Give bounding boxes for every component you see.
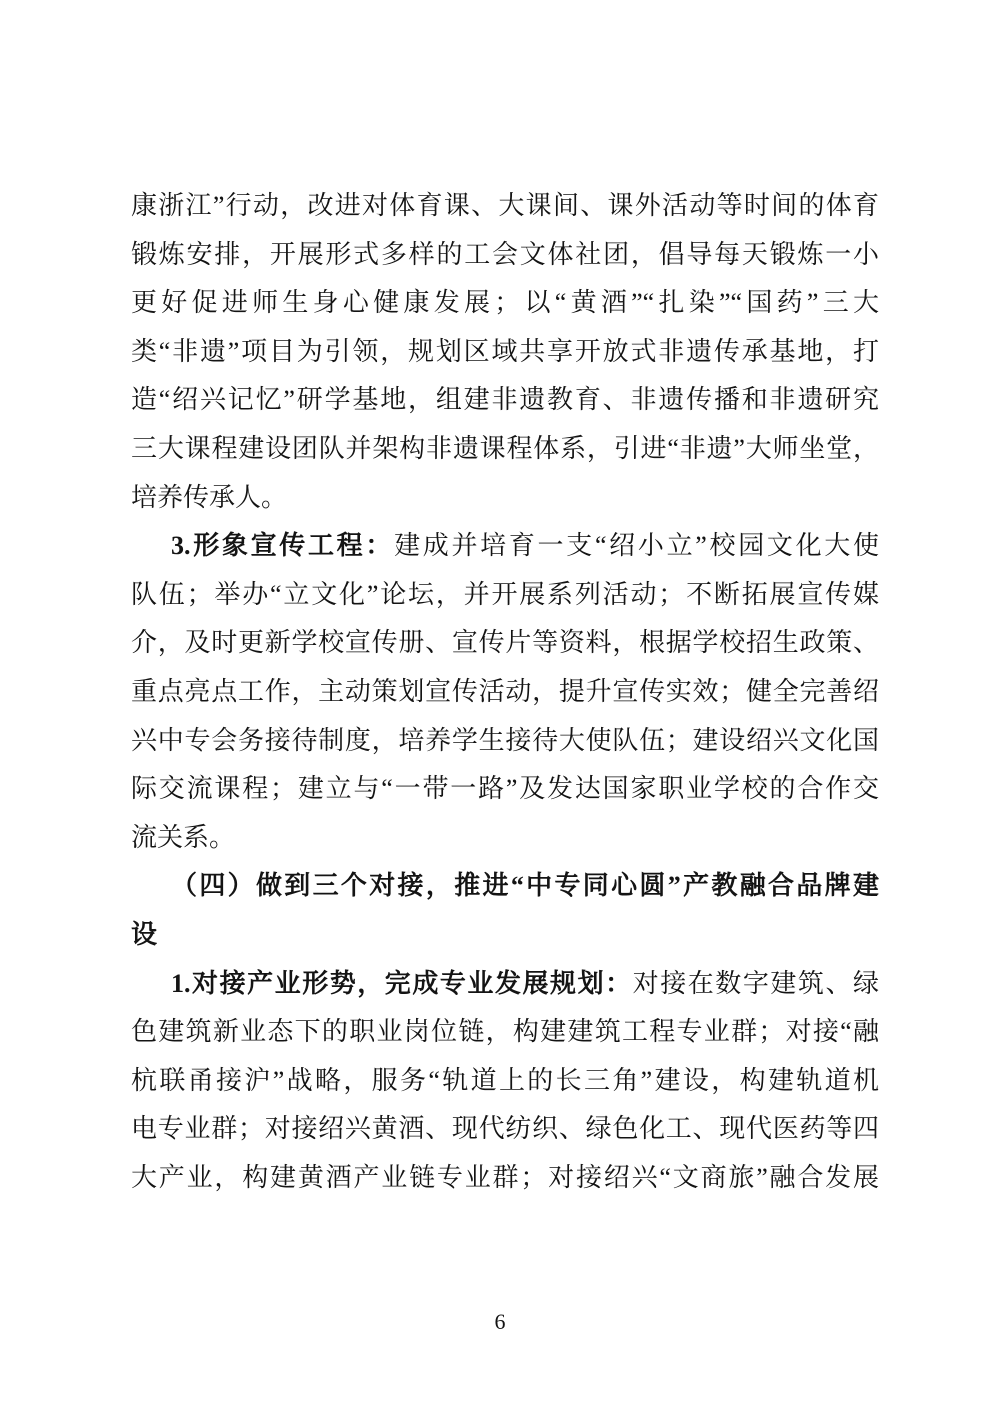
text-line: 更好促进师生身心健康发展；以“黄酒”“扎染”“国药”三大 [131,279,879,328]
body-text: 流关系。 [131,823,235,852]
body-text: 兴中专会务接待制度，培养学生接待大使队伍；建设绍兴文化国 [131,726,879,755]
text-line: 流关系。 [131,814,879,863]
text-line: 设 [131,911,879,960]
text-line: 队伍；举办“立文化”论坛，并开展系列活动；不断拓展宣传媒 [131,571,879,620]
body-text: 色建筑新业态下的职业岗位链，构建建筑工程专业群；对接“融 [131,1017,879,1046]
body-text: 三大课程建设团队并架构非遗课程体系，引进“非遗”大师坐堂， [131,434,879,463]
text-line: 介，及时更新学校宣传册、宣传片等资料，根据学校招生政策、 [131,619,879,668]
text-line: 三大课程建设团队并架构非遗课程体系，引进“非遗”大师坐堂， [131,425,879,474]
document-page: 康浙江”行动，改进对体育课、大课间、课外活动等时间的体育锻炼安排，开展形式多样的… [0,0,1000,1415]
heading-text: 1.对接产业形势，完成专业发展规划： [171,969,633,998]
body-text: 大产业，构建黄酒产业链专业群；对接绍兴“文商旅”融合发展 [131,1163,879,1192]
text-line: 大产业，构建黄酒产业链专业群；对接绍兴“文商旅”融合发展 [131,1154,879,1203]
body-text: 重点亮点工作，主动策划宣传活动，提升宣传实效；健全完善绍 [131,677,879,706]
document-body: 康浙江”行动，改进对体育课、大课间、课外活动等时间的体育锻炼安排，开展形式多样的… [131,182,879,1202]
heading-text: （四）做到三个对接，推进“中专同心圆”产教融合品牌建 [171,871,879,900]
heading-text: 3.形象宣传工程： [171,531,394,560]
body-text: 造“绍兴记忆”研学基地，组建非遗教育、非遗传播和非遗研究 [131,385,879,414]
text-line: 杭联甬接沪”战略，服务“轨道上的长三角”建设，构建轨道机 [131,1057,879,1106]
text-line: 重点亮点工作，主动策划宣传活动，提升宣传实效；健全完善绍 [131,668,879,717]
page-number: 6 [0,1309,1000,1335]
body-text: 建成并培育一支“绍小立”校园文化大使 [394,531,879,560]
text-line: 色建筑新业态下的职业岗位链，构建建筑工程专业群；对接“融 [131,1008,879,1057]
text-line: 锻炼安排，开展形式多样的工会文体社团，倡导每天锻炼一小时， [131,231,879,280]
body-text: 对接在数字建筑、绿 [633,969,879,998]
text-line: 电专业群；对接绍兴黄酒、现代纺织、绿色化工、现代医药等四 [131,1105,879,1154]
text-line: 兴中专会务接待制度，培养学生接待大使队伍；建设绍兴文化国 [131,717,879,766]
text-line: 1.对接产业形势，完成专业发展规划：对接在数字建筑、绿 [131,960,879,1009]
body-text: 际交流课程；建立与“一带一路”及发达国家职业学校的合作交 [131,774,879,803]
body-text: 队伍；举办“立文化”论坛，并开展系列活动；不断拓展宣传媒 [131,580,879,609]
text-line: 康浙江”行动，改进对体育课、大课间、课外活动等时间的体育 [131,182,879,231]
text-line: （四）做到三个对接，推进“中专同心圆”产教融合品牌建 [131,862,879,911]
heading-text: 设 [131,920,157,949]
body-text: 锻炼安排，开展形式多样的工会文体社团，倡导每天锻炼一小时， [131,240,879,280]
body-text: 康浙江”行动，改进对体育课、大课间、课外活动等时间的体育 [131,191,879,220]
body-text: 类“非遗”项目为引领，规划区域共享开放式非遗传承基地，打 [131,337,879,366]
body-text: 杭联甬接沪”战略，服务“轨道上的长三角”建设，构建轨道机 [131,1066,879,1095]
body-text: 培养传承人。 [131,483,287,512]
text-line: 类“非遗”项目为引领，规划区域共享开放式非遗传承基地，打 [131,328,879,377]
body-text: 电专业群；对接绍兴黄酒、现代纺织、绿色化工、现代医药等四 [131,1114,879,1143]
text-line: 际交流课程；建立与“一带一路”及发达国家职业学校的合作交 [131,765,879,814]
body-text: 更好促进师生身心健康发展；以“黄酒”“扎染”“国药”三大 [131,288,879,317]
body-text: 介，及时更新学校宣传册、宣传片等资料，根据学校招生政策、 [131,628,879,657]
text-line: 造“绍兴记忆”研学基地，组建非遗教育、非遗传播和非遗研究 [131,376,879,425]
text-line: 3.形象宣传工程：建成并培育一支“绍小立”校园文化大使 [131,522,879,571]
text-line: 培养传承人。 [131,474,879,523]
